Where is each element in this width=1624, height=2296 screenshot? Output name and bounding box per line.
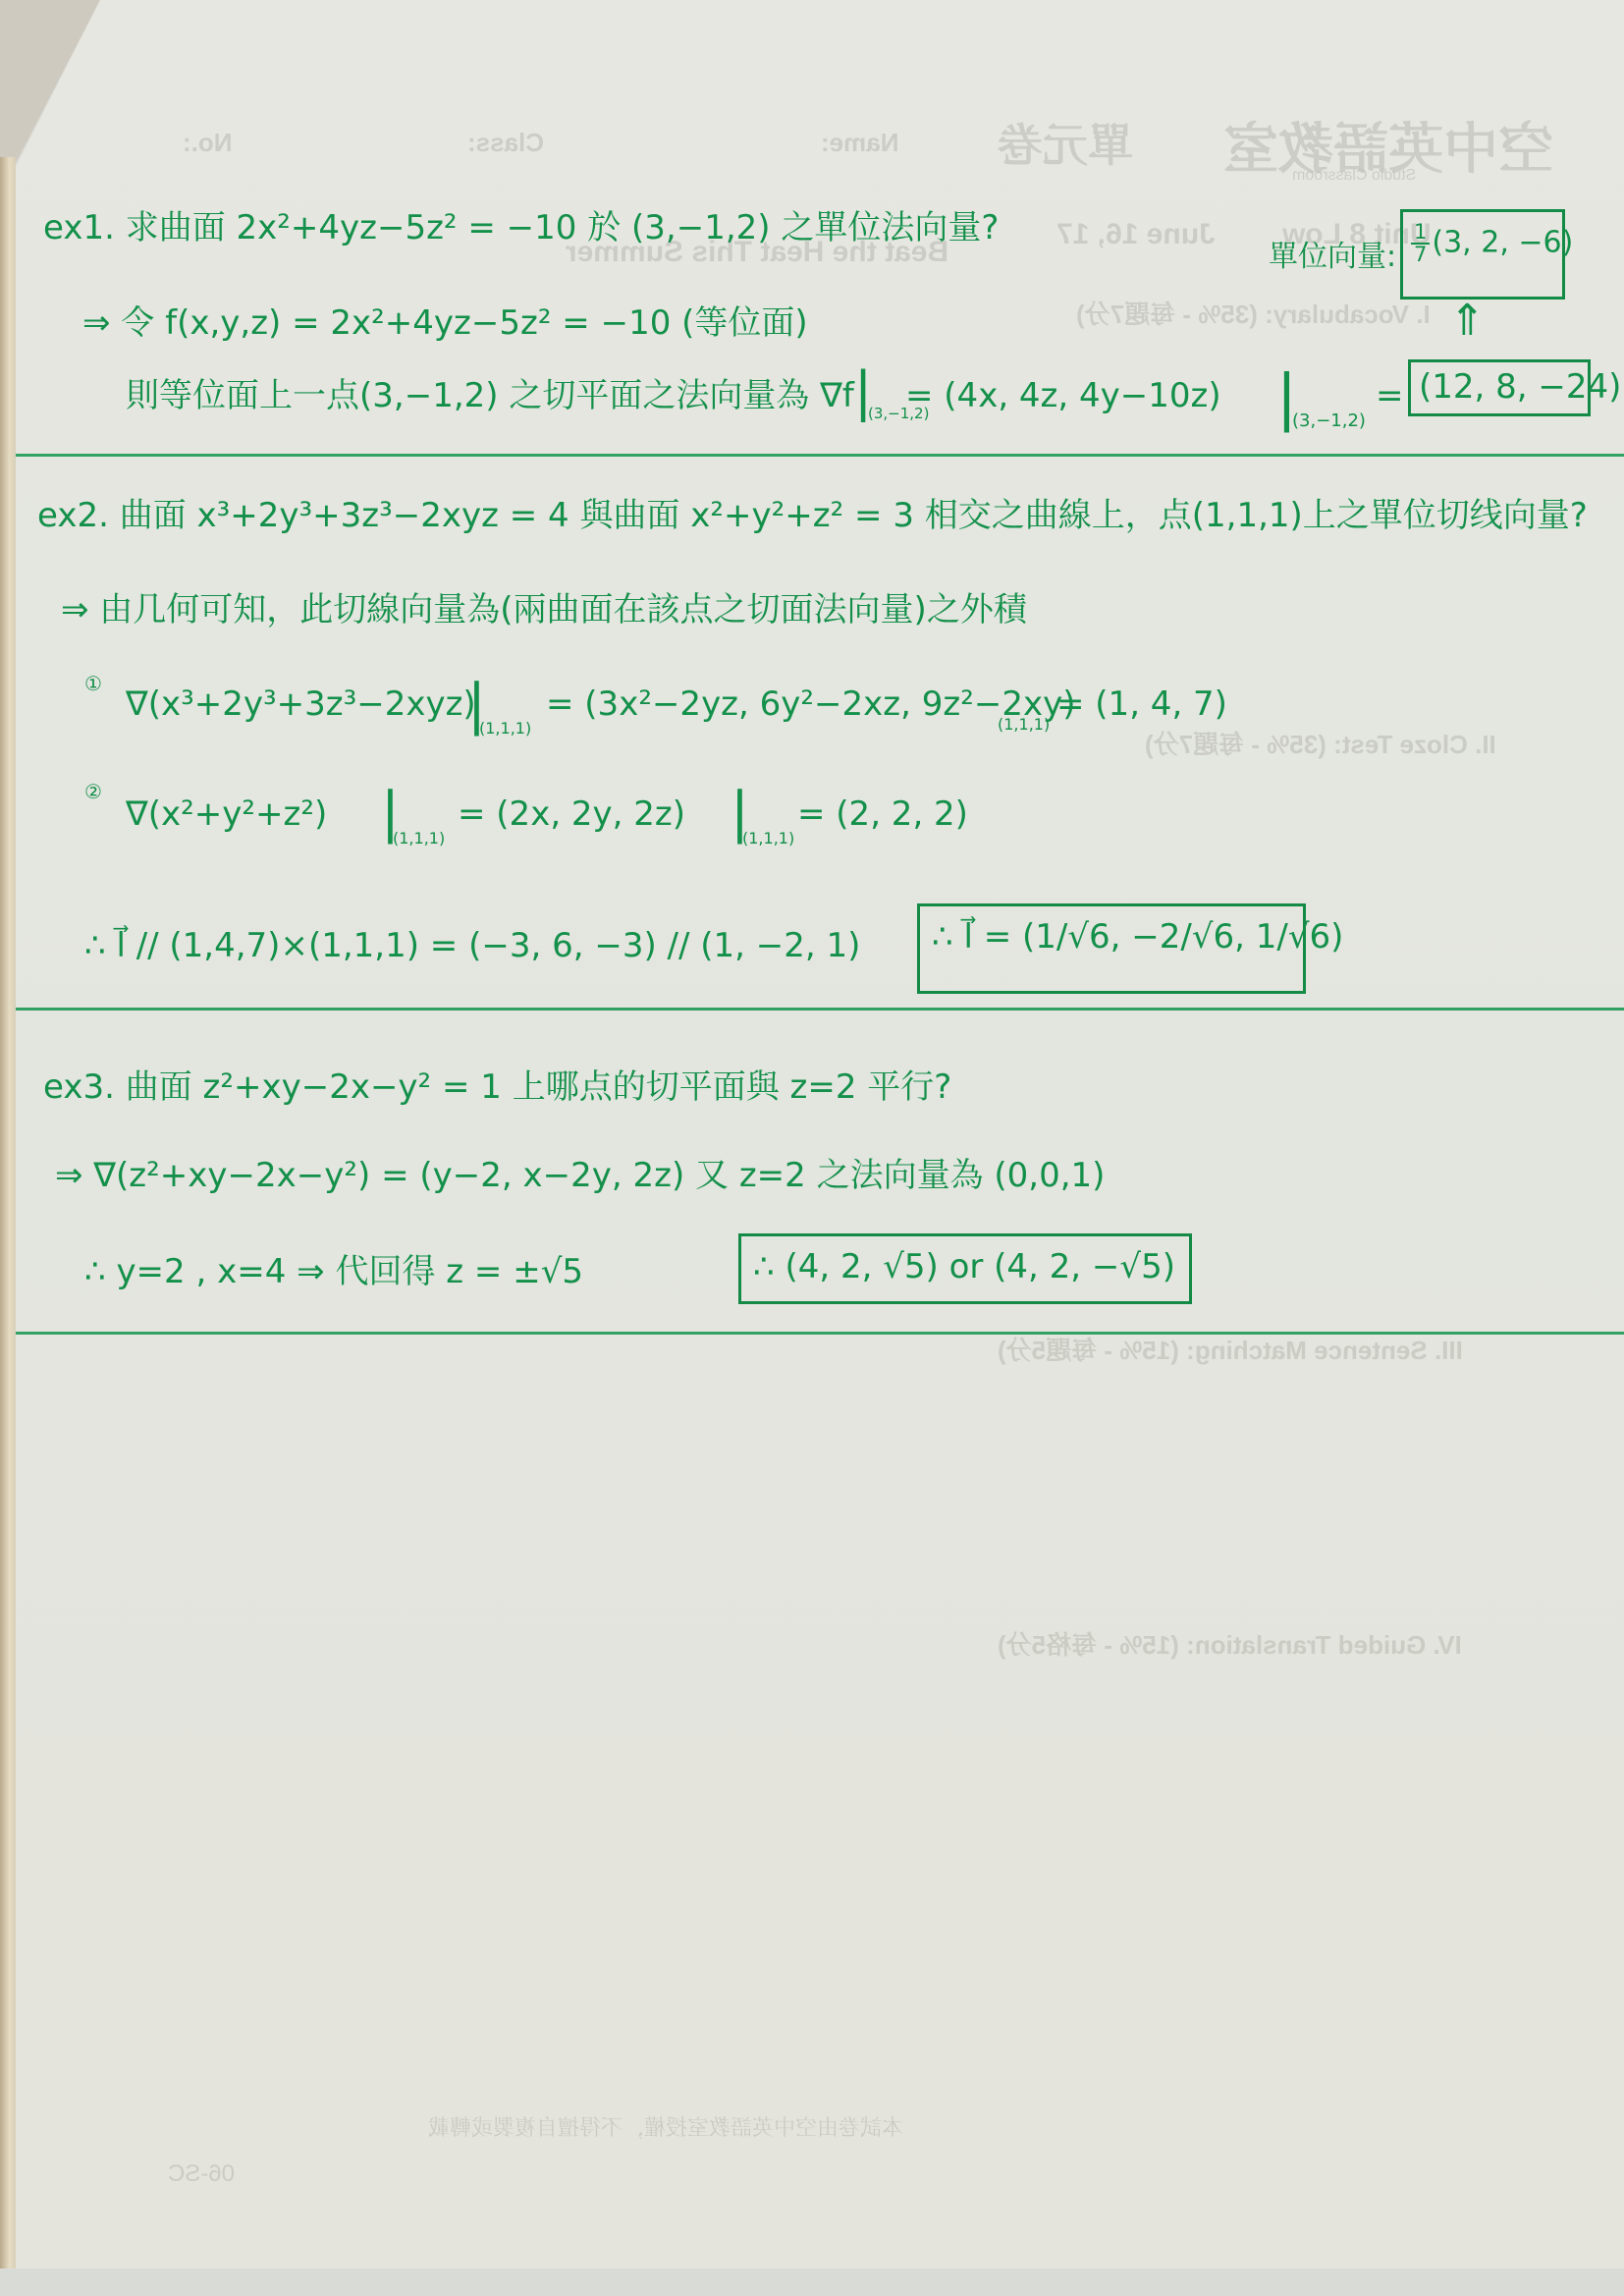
ex2-grad1-point: (1,1,1) [479,721,531,737]
bleed-footer-notice: 本試卷由空中英語教室授權，不得擅自複製或轉載 [428,2111,903,2142]
ex2-answer-y: −2/√6 [1131,917,1234,957]
ex1-unit-vector-box: 17(3, 2, −6) [1400,209,1565,300]
ex2-answer-box: ∴ l⃗ = (1/√6, −2/√6, 1/√6) [917,903,1306,994]
ex1-coeff-den: 7 [1414,245,1427,265]
ex2-grad2-expr: ∇(x²+y²+z²) [126,797,327,831]
ex2-grad2-label: ② [84,782,102,801]
ex3-question: ex3. 曲面 z²+xy−2x−y² = 1 上哪点的切平面與 z=2 平行? [43,1070,951,1104]
bleed-section-translation: IV. Guided Translation: (15% - 每格5分) [998,1625,1462,1662]
ex3-answer: ∴ (4, 2, √5) or (4, 2, −√5) [753,1250,1175,1284]
divider-ex3-end [16,1332,1624,1335]
bleed-name-field: Name: [821,128,898,158]
divider-ex2-ex3 [16,1008,1624,1011]
ex2-grad1-expr: ∇(x³+2y³+3z³−2xyz) [126,687,476,721]
worksheet-page: 空中英語教室 Studio Classroom 單元卷 Name: Class:… [16,0,1624,2269]
ex2-cross-product: ∴ l⃗ // (1,4,7)×(1,1,1) = (−3, 6, −3) //… [84,929,860,962]
ex3-step2: ∴ y=2 , x=4 ⇒ 代回得 z = ±√5 [84,1255,583,1288]
ex2-answer-x: 1/√6 [1035,917,1110,957]
ex2-answer-z: 1/√6 [1256,917,1330,957]
bleed-date: June 16, 17 [1056,218,1216,251]
ex2-answer-suffix: ) [1330,917,1343,957]
ex2-grad2-result: = (2, 2, 2) [797,797,968,831]
bleed-page-code: 06-SC [168,2160,235,2188]
bleed-no-field: No.: [183,128,233,158]
ex1-unit-vector-value: (3, 2, −6) [1432,226,1573,260]
ex2-grad2-point2: (1,1,1) [742,831,794,847]
ex2-grad2-partials: = (2x, 2y, 2z) [458,797,685,831]
ex2-answer: ∴ l⃗ = (1/√6, −2/√6, 1/√6) [932,920,1343,954]
bleed-section-vocab: I. Vocabulary: (35% - 每題7分) [1076,295,1431,331]
bleed-section-cloze: II. Cloze Test: (35% - 每題7分) [1145,725,1496,761]
ex2-step-intro: ⇒ 由几何可知，此切線向量為(兩曲面在該点之切面法向量)之外積 [61,593,1027,627]
ex1-unit-vector-label: 單位向量: [1269,243,1396,272]
ex1-unit-vector-answer: 17(3, 2, −6) [1409,222,1573,265]
ex2-grad1-partials: = (3x²−2yz, 6y²−2xz, 9z²−2xy) [546,687,1075,721]
ex2-grad1-point2: (1,1,1) [998,717,1050,733]
ex1-eval-point-2: (3,−1,2) [1292,412,1366,430]
ex1-normal-vector-result: (12, 8, −24) [1419,370,1621,404]
implies-up-arrow-icon: ⇑ [1449,300,1486,343]
ex2-question: ex2. 曲面 x³+2y³+3z³−2xyz = 4 與曲面 x²+y²+z²… [37,499,1588,532]
ex2-grad1-result: = (1, 4, 7) [1056,687,1227,721]
ex1-step2-text: 則等位面上一点(3,−1,2) 之切平面之法向量為 ∇f [126,379,854,412]
divider-ex1-ex2 [16,454,1624,457]
ex3-answer-box: ∴ (4, 2, √5) or (4, 2, −√5) [738,1233,1192,1304]
ex1-equals: = [1376,379,1404,412]
ex2-answer-prefix: ∴ l⃗ = ( [932,917,1035,957]
bleed-subtitle: Studio Classroom [1292,167,1416,185]
ex2-grad1-label: ① [84,674,102,693]
ex1-question: ex1. 求曲面 2x²+4yz−5z² = −10 於 (3,−1,2) 之單… [43,211,999,245]
ex1-gradient: = (4x, 4z, 4y−10z) [905,379,1221,412]
page-left-edge [0,157,16,2269]
ex1-step1: ⇒ 令 f(x,y,z) = 2x²+4yz−5z² = −10 (等位面) [82,306,808,340]
bleed-section-matching: III. Sentence Matching: (15% - 每題5分) [998,1331,1463,1367]
bleed-class-field: Class: [467,128,544,158]
ex1-normal-vector-box: (12, 8, −24) [1408,359,1591,416]
bleed-unit-test: 單元卷 [998,110,1133,175]
ex1-coeff-num: 1 [1411,222,1430,245]
ex2-grad2-point: (1,1,1) [393,831,445,847]
ex3-step1: ⇒ ∇(z²+xy−2x−y²) = (y−2, x−2y, 2z) 又 z=2… [55,1159,1105,1192]
